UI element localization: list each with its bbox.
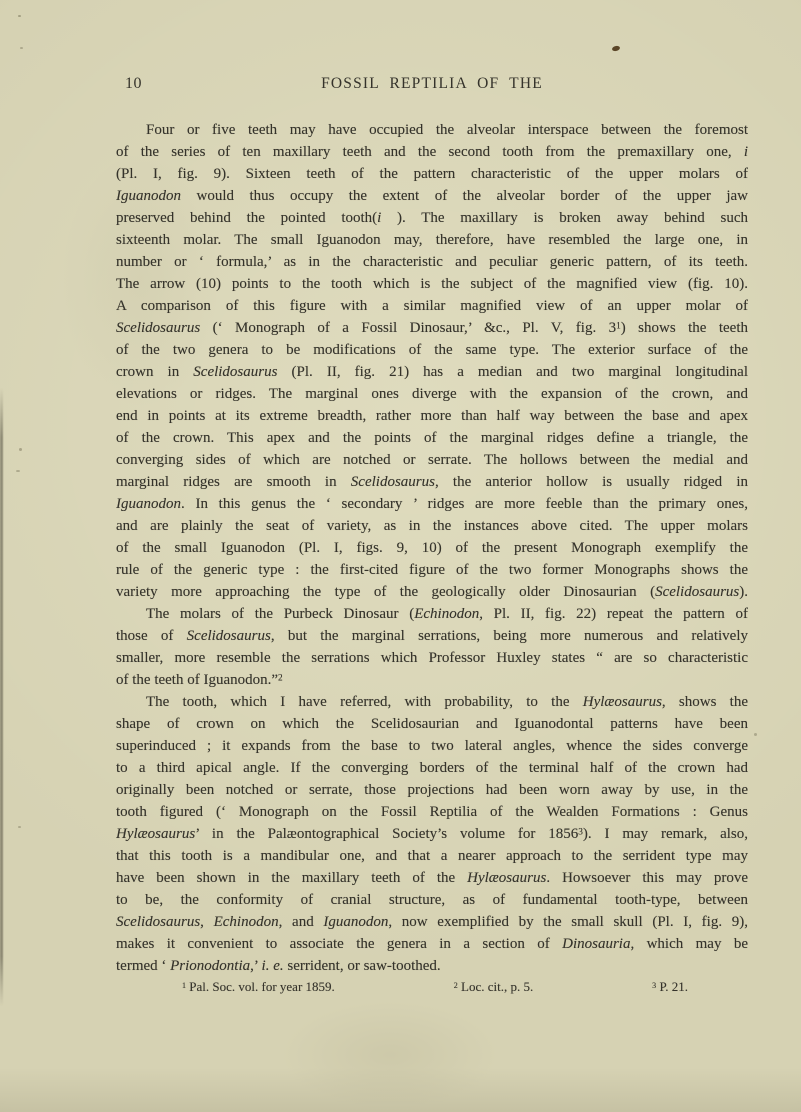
- text-line: superinduced ; it expands from the base …: [116, 735, 748, 757]
- text-line: to be, the conformity of cranial structu…: [116, 889, 748, 911]
- text-line: The molars of the Purbeck Dinosaur (Echi…: [116, 603, 748, 625]
- text-line: that this tooth is a mandibular one, and…: [116, 845, 748, 867]
- scanned-book-page: 10 FOSSIL REPTILIA OF THE Four or five t…: [0, 0, 801, 1112]
- text-line: elevations or ridges. The marginal ones …: [116, 383, 748, 405]
- paper-speck: [16, 470, 20, 472]
- text-line: A comparison of this figure with a simil…: [116, 295, 748, 317]
- text-line: Scelidosaurus (‘ Monograph of a Fossil D…: [116, 317, 748, 339]
- text-line: those of Scelidosaurus, but the marginal…: [116, 625, 748, 647]
- text-line: Hylæosaurus’ in the Palæontographical So…: [116, 823, 748, 845]
- text-line: shape of crown on which the Scelidosauri…: [116, 713, 748, 735]
- text-line: to a third apical angle. If the convergi…: [116, 757, 748, 779]
- paragraph: The tooth, which I have referred, with p…: [116, 691, 748, 977]
- scan-edge-shadow: [0, 388, 3, 1006]
- text-line: rule of the generic type : the first-cit…: [116, 559, 748, 581]
- text-line: and are plainly the seat of variety, as …: [116, 515, 748, 537]
- text-line: of the teeth of Iguanodon.”2: [116, 669, 748, 691]
- paper-stain: [280, 1000, 500, 1110]
- text-line: Four or five teeth may have occupied the…: [116, 119, 748, 141]
- text-line: Iguanodon would thus occupy the extent o…: [116, 185, 748, 207]
- text-line: of the series of ten maxillary teeth and…: [116, 141, 748, 163]
- text-line: sixteenth molar. The small Iguanodon may…: [116, 229, 748, 251]
- text-line: makes it convenient to associate the gen…: [116, 933, 748, 955]
- text-line: number or ‘ formula,’ as in the characte…: [116, 251, 748, 273]
- text-line: preserved behind the pointed tooth(i ). …: [116, 207, 748, 229]
- text-line: termed ‘ Prionodontia,’ i. e. serrident,…: [116, 955, 748, 977]
- text-line: of the crown. This apex and the points o…: [116, 427, 748, 449]
- paper-speck: [754, 733, 757, 736]
- text-line: The arrow (10) points to the tooth which…: [116, 273, 748, 295]
- text-line: have been shown in the maxillary teeth o…: [116, 867, 748, 889]
- body-text: Four or five teeth may have occupied the…: [116, 119, 748, 977]
- text-line: variety more approaching the type of the…: [116, 581, 748, 603]
- text-line: of the two genera to be modifications of…: [116, 339, 748, 361]
- paper-speck: [20, 47, 23, 49]
- text-line: converging sides of which are notched or…: [116, 449, 748, 471]
- text-line: crown in Scelidosaurus (Pl. II, fig. 21)…: [116, 361, 748, 383]
- running-title: FOSSIL REPTILIA OF THE: [116, 75, 748, 93]
- paper-speck: [18, 15, 21, 17]
- text-line: Iguanodon. In this genus the ‘ secondary…: [116, 493, 748, 515]
- paragraph: The molars of the Purbeck Dinosaur (Echi…: [116, 603, 748, 691]
- text-line: tooth figured (‘ Monograph on the Fossil…: [116, 801, 748, 823]
- text-line: end in points at its extreme breadth, ra…: [116, 405, 748, 427]
- text-line: of the small Iguanodon (Pl. I, figs. 9, …: [116, 537, 748, 559]
- footnote-item: 1 Pal. Soc. vol. for year 1859.: [182, 979, 335, 995]
- text-line: Scelidosaurus, Echinodon, and Iguanodon,…: [116, 911, 748, 933]
- text-line: marginal ridges are smooth in Scelidosau…: [116, 471, 748, 493]
- text-line: The tooth, which I have referred, with p…: [116, 691, 748, 713]
- footnote-item: 2 Loc. cit., p. 5.: [454, 979, 534, 995]
- paragraph: Four or five teeth may have occupied the…: [116, 119, 748, 603]
- paper-speck: [18, 826, 21, 828]
- ink-speck: [612, 45, 621, 52]
- text-line: (Pl. I, fig. 9). Sixteen teeth of the pa…: [116, 163, 748, 185]
- text-line: originally been notched or serrate, thos…: [116, 779, 748, 801]
- footnote-item: 3 P. 21.: [652, 979, 688, 995]
- footnotes-row: 1 Pal. Soc. vol. for year 1859.2 Loc. ci…: [116, 979, 748, 995]
- text-line: smaller, more resemble the serrations wh…: [116, 647, 748, 669]
- paper-speck: [19, 448, 22, 451]
- page-header: 10 FOSSIL REPTILIA OF THE: [116, 75, 748, 97]
